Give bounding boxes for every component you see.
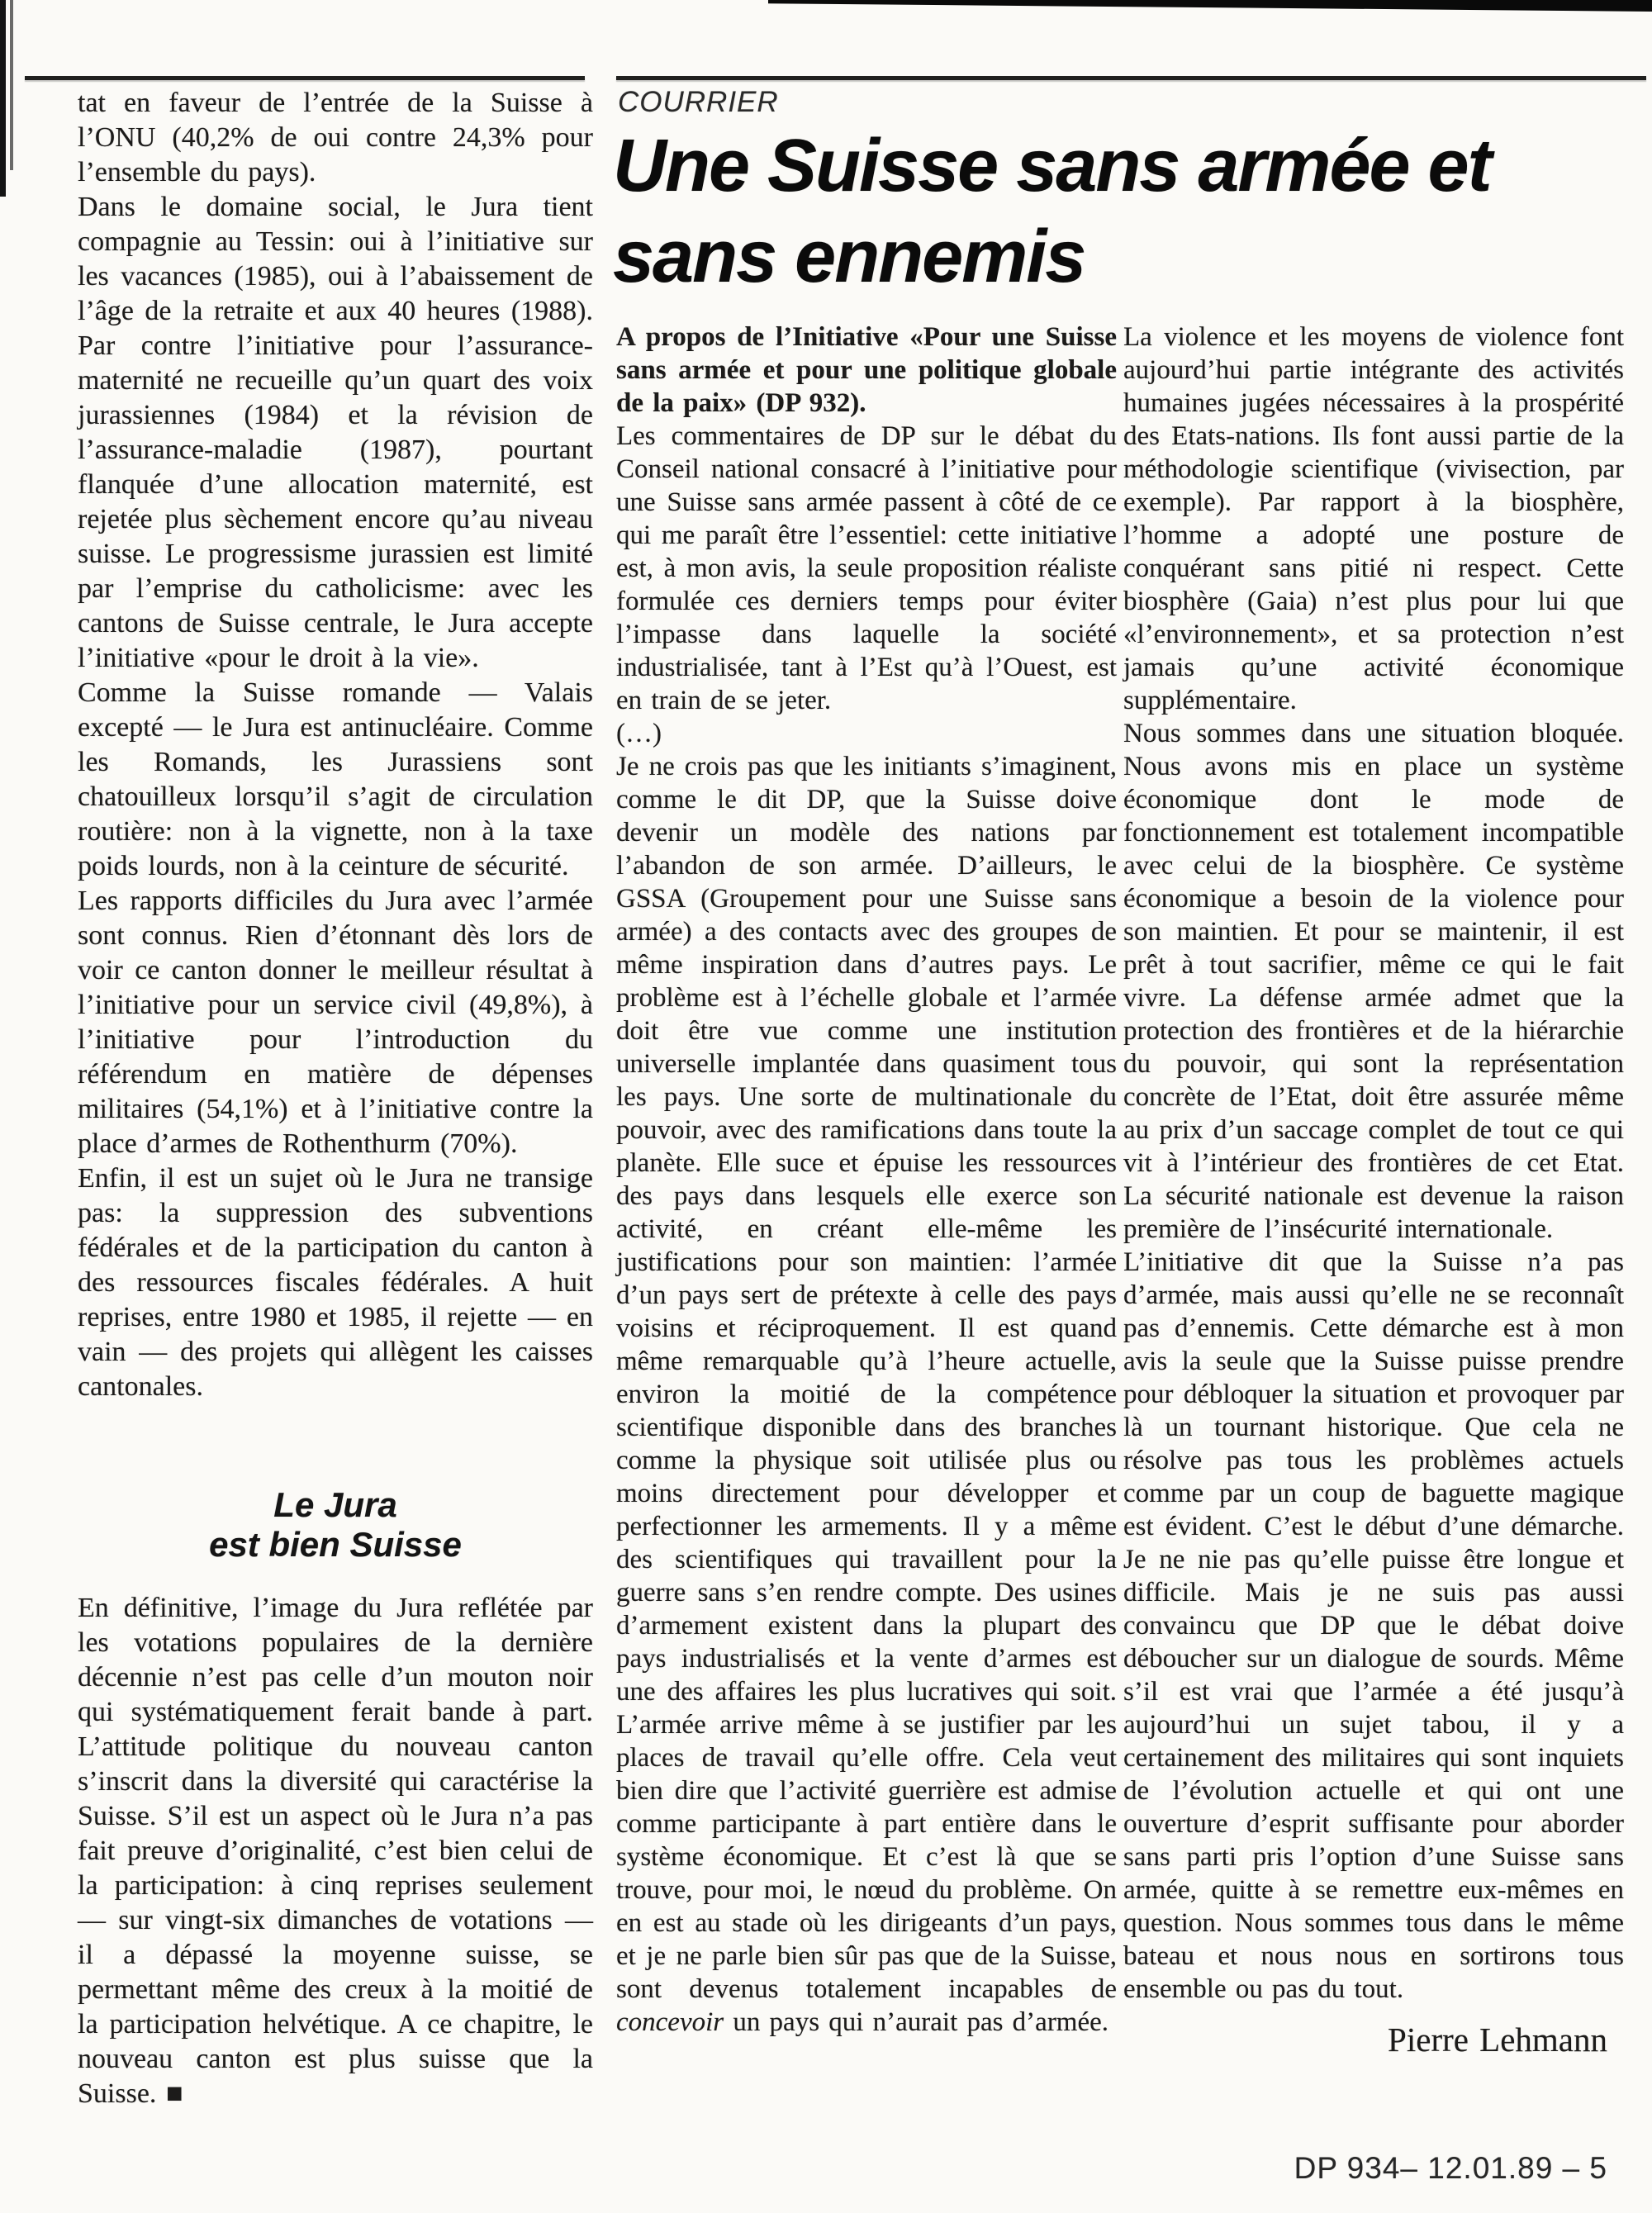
newspaper-page-scan: tat en faveur de l’entrée de la Suisse à… [0,0,1652,2213]
page-footer: DP 934– 12.01.89 – 5 [1123,2151,1624,2186]
left-col-closing-paragraph: En définitive, l’image du Jura reflétée … [78,1591,593,2111]
middle-col-paragraph-1: Les commentaires de DP sur le débat du C… [616,420,1117,717]
section-subhead: Le Jura est bien Suisse [78,1485,593,1565]
left-col-paragraph-2: Dans le domaine social, le Jura tient co… [78,190,593,676]
section-subhead-line-1: Le Jura [78,1485,593,1525]
article-column-middle: A propos de l’Initiative «Pour une Suiss… [616,321,1117,2039]
top-rule-article [616,76,1646,80]
left-col-paragraph-1: tat en faveur de l’entrée de la Suisse à… [78,86,593,190]
right-col-paragraph-1: La violence et les moyens de violence fo… [1123,321,1624,717]
left-col-paragraph-3: Comme la Suisse romande — Valais excepté… [78,676,593,884]
article-title: Une Suisse sans armée et sans ennemis [613,121,1647,302]
article-lead-paragraph: A propos de l’Initiative «Pour une Suiss… [616,321,1117,420]
article-title-line-1: Une Suisse sans armée et [613,121,1647,211]
article-title-line-2: sans ennemis [613,211,1647,302]
section-subhead-line-2: est bien Suisse [78,1525,593,1565]
right-col-paragraph-3: L’initiative dit que la Suisse n’a pas d… [1123,1246,1624,2006]
scan-artifact-left-edge-line [10,0,13,170]
middle-col-paragraph-2-tail: un pays qui n’aurait pas d’armée. [724,2007,1108,2037]
middle-col-paragraph-2-text: Je ne crois pas que les initiants s’imag… [616,752,1117,2004]
right-col-paragraph-2: Nous sommes dans une situation bloquée. … [1123,717,1624,1246]
scan-artifact-top-wedge [768,0,1652,12]
top-rule-left-column [25,76,585,80]
left-column: tat en faveur de l’entrée de la Suisse à… [78,86,593,1404]
italicized-word: concevoir [616,2007,724,2037]
author-signature: Pierre Lehmann [1123,2021,1624,2059]
middle-col-paragraph-2: Je ne crois pas que les initiants s’imag… [616,750,1117,2039]
left-col-paragraph-4: Les rapports difficiles du Jura avec l’a… [78,884,593,1161]
scan-artifact-left-edge-bar [0,0,6,197]
article-column-right: La violence et les moyens de violence fo… [1123,321,1624,2059]
article-kicker: COURRIER [618,86,779,119]
ellipsis-omission-mark: (…) [616,717,1117,750]
left-col-paragraph-5: Enfin, il est un sujet où le Jura ne tra… [78,1161,593,1404]
